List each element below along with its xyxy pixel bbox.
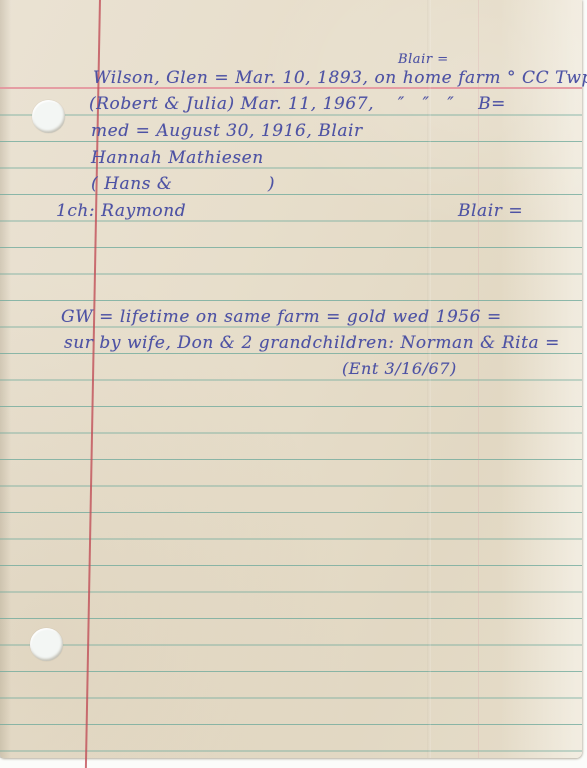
handwriting-spouse-parents: ( Hans & ) (91, 176, 275, 193)
handwriting-spouse: Hannah Mathiesen (91, 150, 264, 167)
handwriting-entry-date: (Ent 3/16/67) (342, 361, 457, 377)
handwriting-superscript-place: Blair = (398, 53, 449, 66)
punch-hole-bottom (30, 628, 63, 661)
handwriting-marriage: med = August 30, 1916, Blair (91, 123, 363, 140)
punch-hole-top (32, 100, 65, 133)
scanned-page: Blair = Wilson, Glen = Mar. 10, 1893, on… (0, 0, 587, 768)
handwriting-name-birth: Wilson, Glen = Mar. 10, 1893, on home fa… (93, 70, 587, 87)
handwriting-children-place: Blair = (458, 203, 523, 220)
handwriting-parents-death: (Robert & Julia) Mar. 11, 1967, ″ ″ ″ B= (89, 96, 506, 113)
handwriting-children: 1ch: Raymond (56, 203, 186, 220)
handwriting-survivors: sur by wife, Don & 2 grandchildren: Norm… (64, 335, 560, 352)
handwriting-life-summary: GW = lifetime on same farm = gold wed 19… (61, 309, 502, 326)
